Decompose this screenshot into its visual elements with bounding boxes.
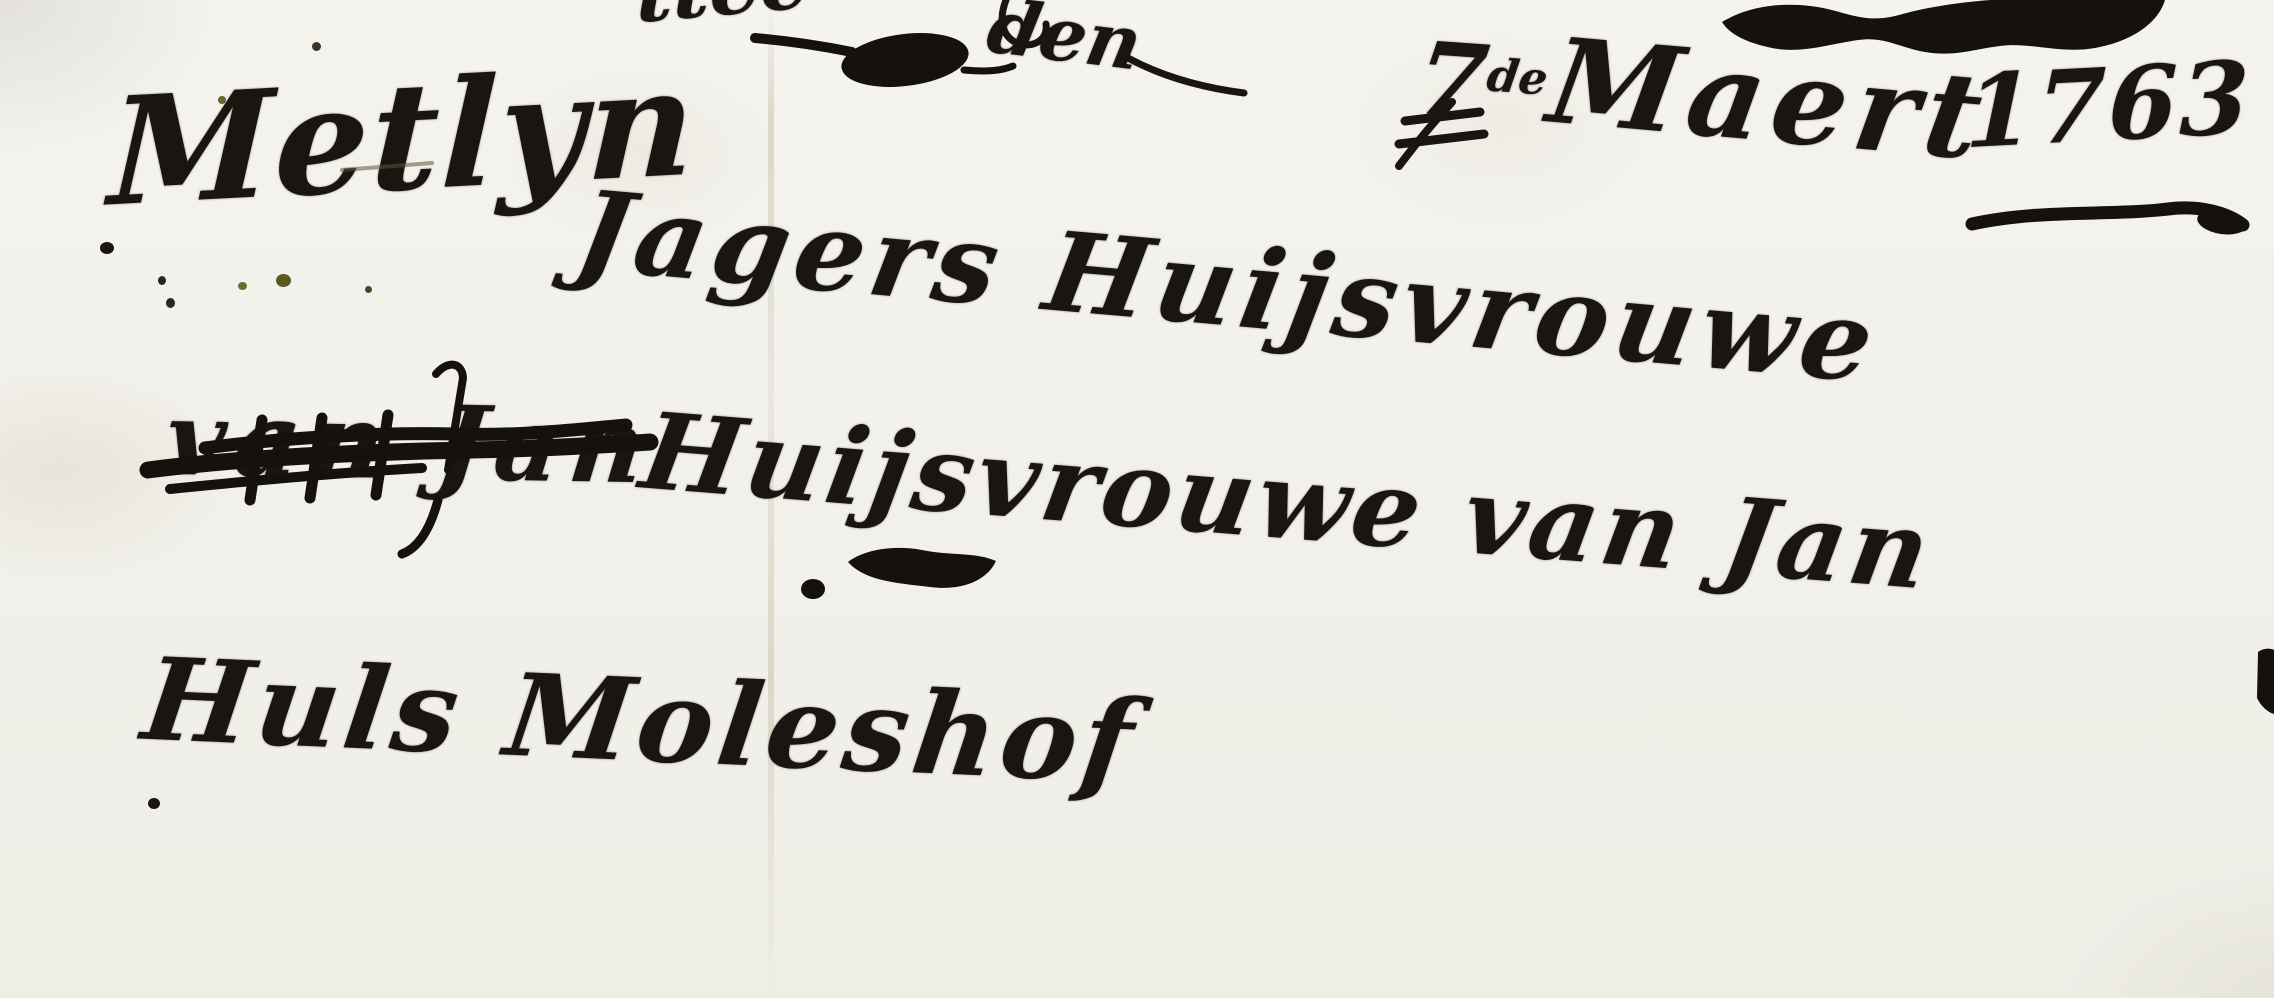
date-day: 7de <box>1410 28 1553 136</box>
flourish-tail-den <box>1128 58 1244 93</box>
ink-dot-body <box>801 579 825 599</box>
year-underline-end-blob <box>2195 206 2248 238</box>
ink-blob-top <box>838 26 971 93</box>
ink-dot <box>100 242 114 254</box>
ink-speck <box>312 42 321 51</box>
date-day-suffix: de <box>1484 49 1551 106</box>
body-line-2: Huijsvrouwe van Jan <box>634 398 1940 604</box>
date-month: Maert <box>1541 22 1997 177</box>
header-cutoff-fragment: ttec <box>635 0 809 34</box>
header-word-den: den <box>982 0 1148 81</box>
struck-out-text: van Jan <box>161 388 658 498</box>
date-year: 1763 <box>1964 47 2252 162</box>
foxing-speck <box>276 274 291 287</box>
ink-dot <box>148 798 160 809</box>
footer-name: Huls Moleshof <box>137 642 1144 799</box>
year-underline <box>1972 208 2243 225</box>
document-scan: ttec den 7de Maert 1763 Metlyn van Jan J… <box>0 0 2274 998</box>
ink-speck <box>365 286 372 293</box>
body-line-1: Jagers Huijsvrouwe <box>569 176 1887 398</box>
ink-speck <box>158 276 166 285</box>
edge-mark-right <box>2257 649 2274 714</box>
ink-speck <box>166 298 175 308</box>
struck-j-descender <box>402 500 438 554</box>
foxing-speck <box>238 282 247 290</box>
ink-blob-body <box>848 548 996 588</box>
